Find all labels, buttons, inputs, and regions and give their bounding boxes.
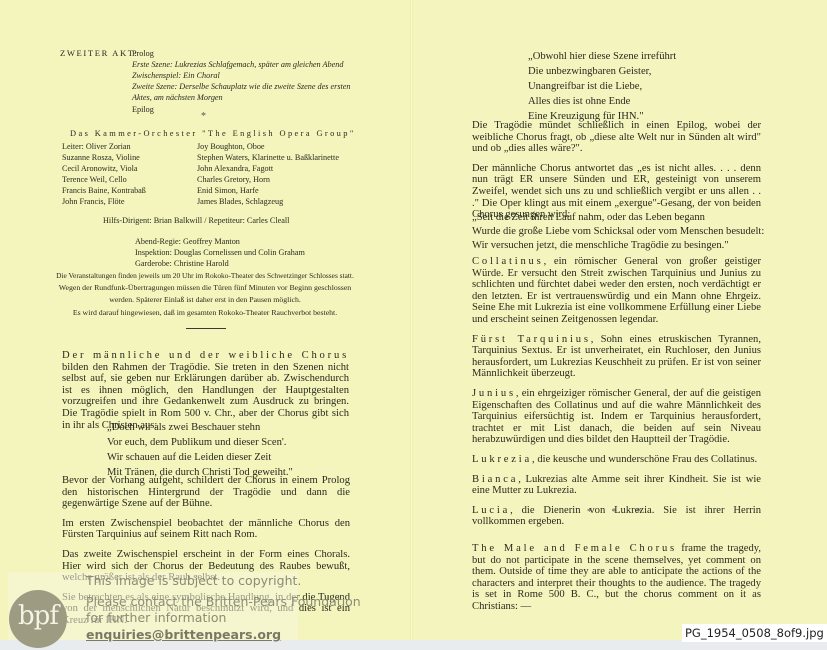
watermark-email-link[interactable]: enquiries@brittenpears.org	[86, 627, 281, 642]
verse-line: Vor euch, dem Publikum und dieser Scen'.	[107, 435, 293, 450]
notice: Wegen der Rundfunk-Übertragungen müssen …	[30, 282, 380, 294]
bpf-logo: bpf	[9, 590, 67, 648]
act-label: ZWEITER AKT:	[60, 48, 138, 59]
watermark-line-3: for further information	[86, 610, 226, 625]
character-name: Lukrezia	[472, 454, 532, 465]
english-paragraph: The Male and Female Chorus frame the tra…	[472, 543, 761, 621]
staff-item: Abend-Regie: Geoffrey Manton	[135, 236, 305, 247]
watermark-line-1: This image is subject to copyright.	[86, 573, 301, 588]
filename-label: PG_1954_0508_8of9.jpg	[682, 624, 827, 642]
act-scene-2: Zweite Szene: Derselbe Schauplatz wie di…	[132, 81, 351, 92]
page-fold	[410, 0, 413, 640]
verse-line: „Seit die Zeit ihren Lauf nahm, oder das…	[472, 211, 764, 225]
divider-stars: * * *	[587, 507, 644, 518]
orchestra-right-column: Joy Boughton, Oboe Stephen Waters, Klari…	[197, 141, 339, 207]
verse-line: „Obwohl hier diese Szene irreführt	[528, 49, 676, 64]
musician: Enid Simon, Harfe	[197, 185, 339, 196]
divider-rule	[186, 328, 226, 329]
verse-right-top: „Obwohl hier diese Szene irreführt Die u…	[528, 49, 676, 124]
character-entry: Bianca, Lukrezias alte Amme seit ihrer K…	[472, 474, 761, 497]
verse-left: „Doch wir als zwei Beschauer stehn Vor e…	[107, 420, 293, 480]
musician: Charles Gretory, Horn	[197, 174, 339, 185]
character-entry: Junius, ein ehrgeiziger römischer Genera…	[472, 388, 761, 446]
musician: Terence Weil, Cello	[62, 174, 146, 185]
verse-line: Die unbezwingbaren Geister,	[528, 64, 676, 79]
act-interlude: Zwischenspiel: Ein Choral	[132, 70, 220, 81]
paragraph: Im ersten Zwischenspiel beobachtet der m…	[62, 518, 350, 541]
verse-line: Unangreifbar ist die Liebe,	[528, 79, 676, 94]
character-entry: Lukrezia, die keusche und wunderschöne F…	[472, 454, 761, 466]
notices: Die Veranstaltungen finden jeweils um 20…	[30, 270, 380, 320]
orchestra-heading: Das Kammer-Orchester "The English Opera …	[70, 128, 356, 139]
spaced-lead: The Male and Female Chorus	[472, 543, 677, 554]
musician: Suzanne Rosza, Violine	[62, 152, 146, 163]
characters-list: Collatinus, ein römischer General von gr…	[472, 256, 761, 536]
character-name: Lucia	[472, 505, 510, 516]
act-prolog: Prolog	[132, 48, 154, 59]
act-scene-2-cont: Aktes, am nächsten Morgen	[132, 92, 223, 103]
musician: Cecil Aronowitz, Viola	[62, 163, 146, 174]
verse-line: Alles dies ist ohne Ende	[528, 94, 676, 109]
act-epilog: Epilog	[132, 104, 154, 115]
musician: John Francis, Flöte	[62, 196, 146, 207]
character-name: Bianca	[472, 474, 518, 485]
divider-star: *	[201, 111, 206, 122]
assistant-conductor: Hilfs-Dirigent: Brian Balkwill / Repetit…	[103, 215, 289, 226]
paragraph: Bevor der Vorhang aufgeht, schildert der…	[62, 475, 350, 510]
paragraph: Die Tragödie mündet schließlich in einen…	[472, 120, 761, 155]
verse-line: „Doch wir als zwei Beschauer stehn	[107, 420, 293, 435]
character-name: Junius	[472, 388, 516, 399]
character-name: Collatinus	[472, 256, 544, 267]
verse-line: Wir schauen auf die Leiden dieser Zeit	[107, 450, 293, 465]
musician: Leiter: Oliver Zorian	[62, 141, 146, 152]
verse-line: Wir versuchen jetzt, die menschliche Tra…	[472, 239, 764, 253]
staff-item: Garderobe: Christine Harold	[135, 258, 305, 269]
verse-right-mid: „Seit die Zeit ihren Lauf nahm, oder das…	[472, 211, 764, 253]
musician: Francis Baine, Kontrabaß	[62, 185, 146, 196]
verse-line: Wurde die große Liebe vom Schicksal oder…	[472, 225, 764, 239]
act-scene-1: Erste Szene: Lukrezias Schlafgemach, spä…	[132, 59, 343, 70]
notice: Die Veranstaltungen finden jeweils um 20…	[30, 270, 380, 282]
notice: werden. Späterer Einlaß ist daher erst i…	[30, 294, 380, 306]
watermark-line-2: Please contact the Britten-Pears Foundat…	[86, 594, 361, 609]
musician: James Blades, Schlagzeug	[197, 196, 339, 207]
character-name: Fürst Tarquinius	[472, 334, 591, 345]
orchestra-left-column: Leiter: Oliver Zorian Suzanne Rosza, Vio…	[62, 141, 146, 207]
staff-list: Abend-Regie: Geoffrey Manton Inspektion:…	[135, 236, 305, 269]
musician: Joy Boughton, Oboe	[197, 141, 339, 152]
spaced-lead: Der männliche und der weibliche Chorus	[62, 350, 349, 361]
musician: Stephen Waters, Klarinette u. Baßklarine…	[197, 152, 339, 163]
character-entry: Collatinus, ein römischer General von gr…	[472, 256, 761, 326]
notice: Es wird darauf hingewiesen, daß im gesam…	[30, 306, 380, 320]
musician: John Alexandra, Fagott	[197, 163, 339, 174]
character-entry: Fürst Tarquinius, Sohn eines etruskische…	[472, 334, 761, 380]
staff-item: Inspektion: Douglas Cornelissen und Coli…	[135, 247, 305, 258]
